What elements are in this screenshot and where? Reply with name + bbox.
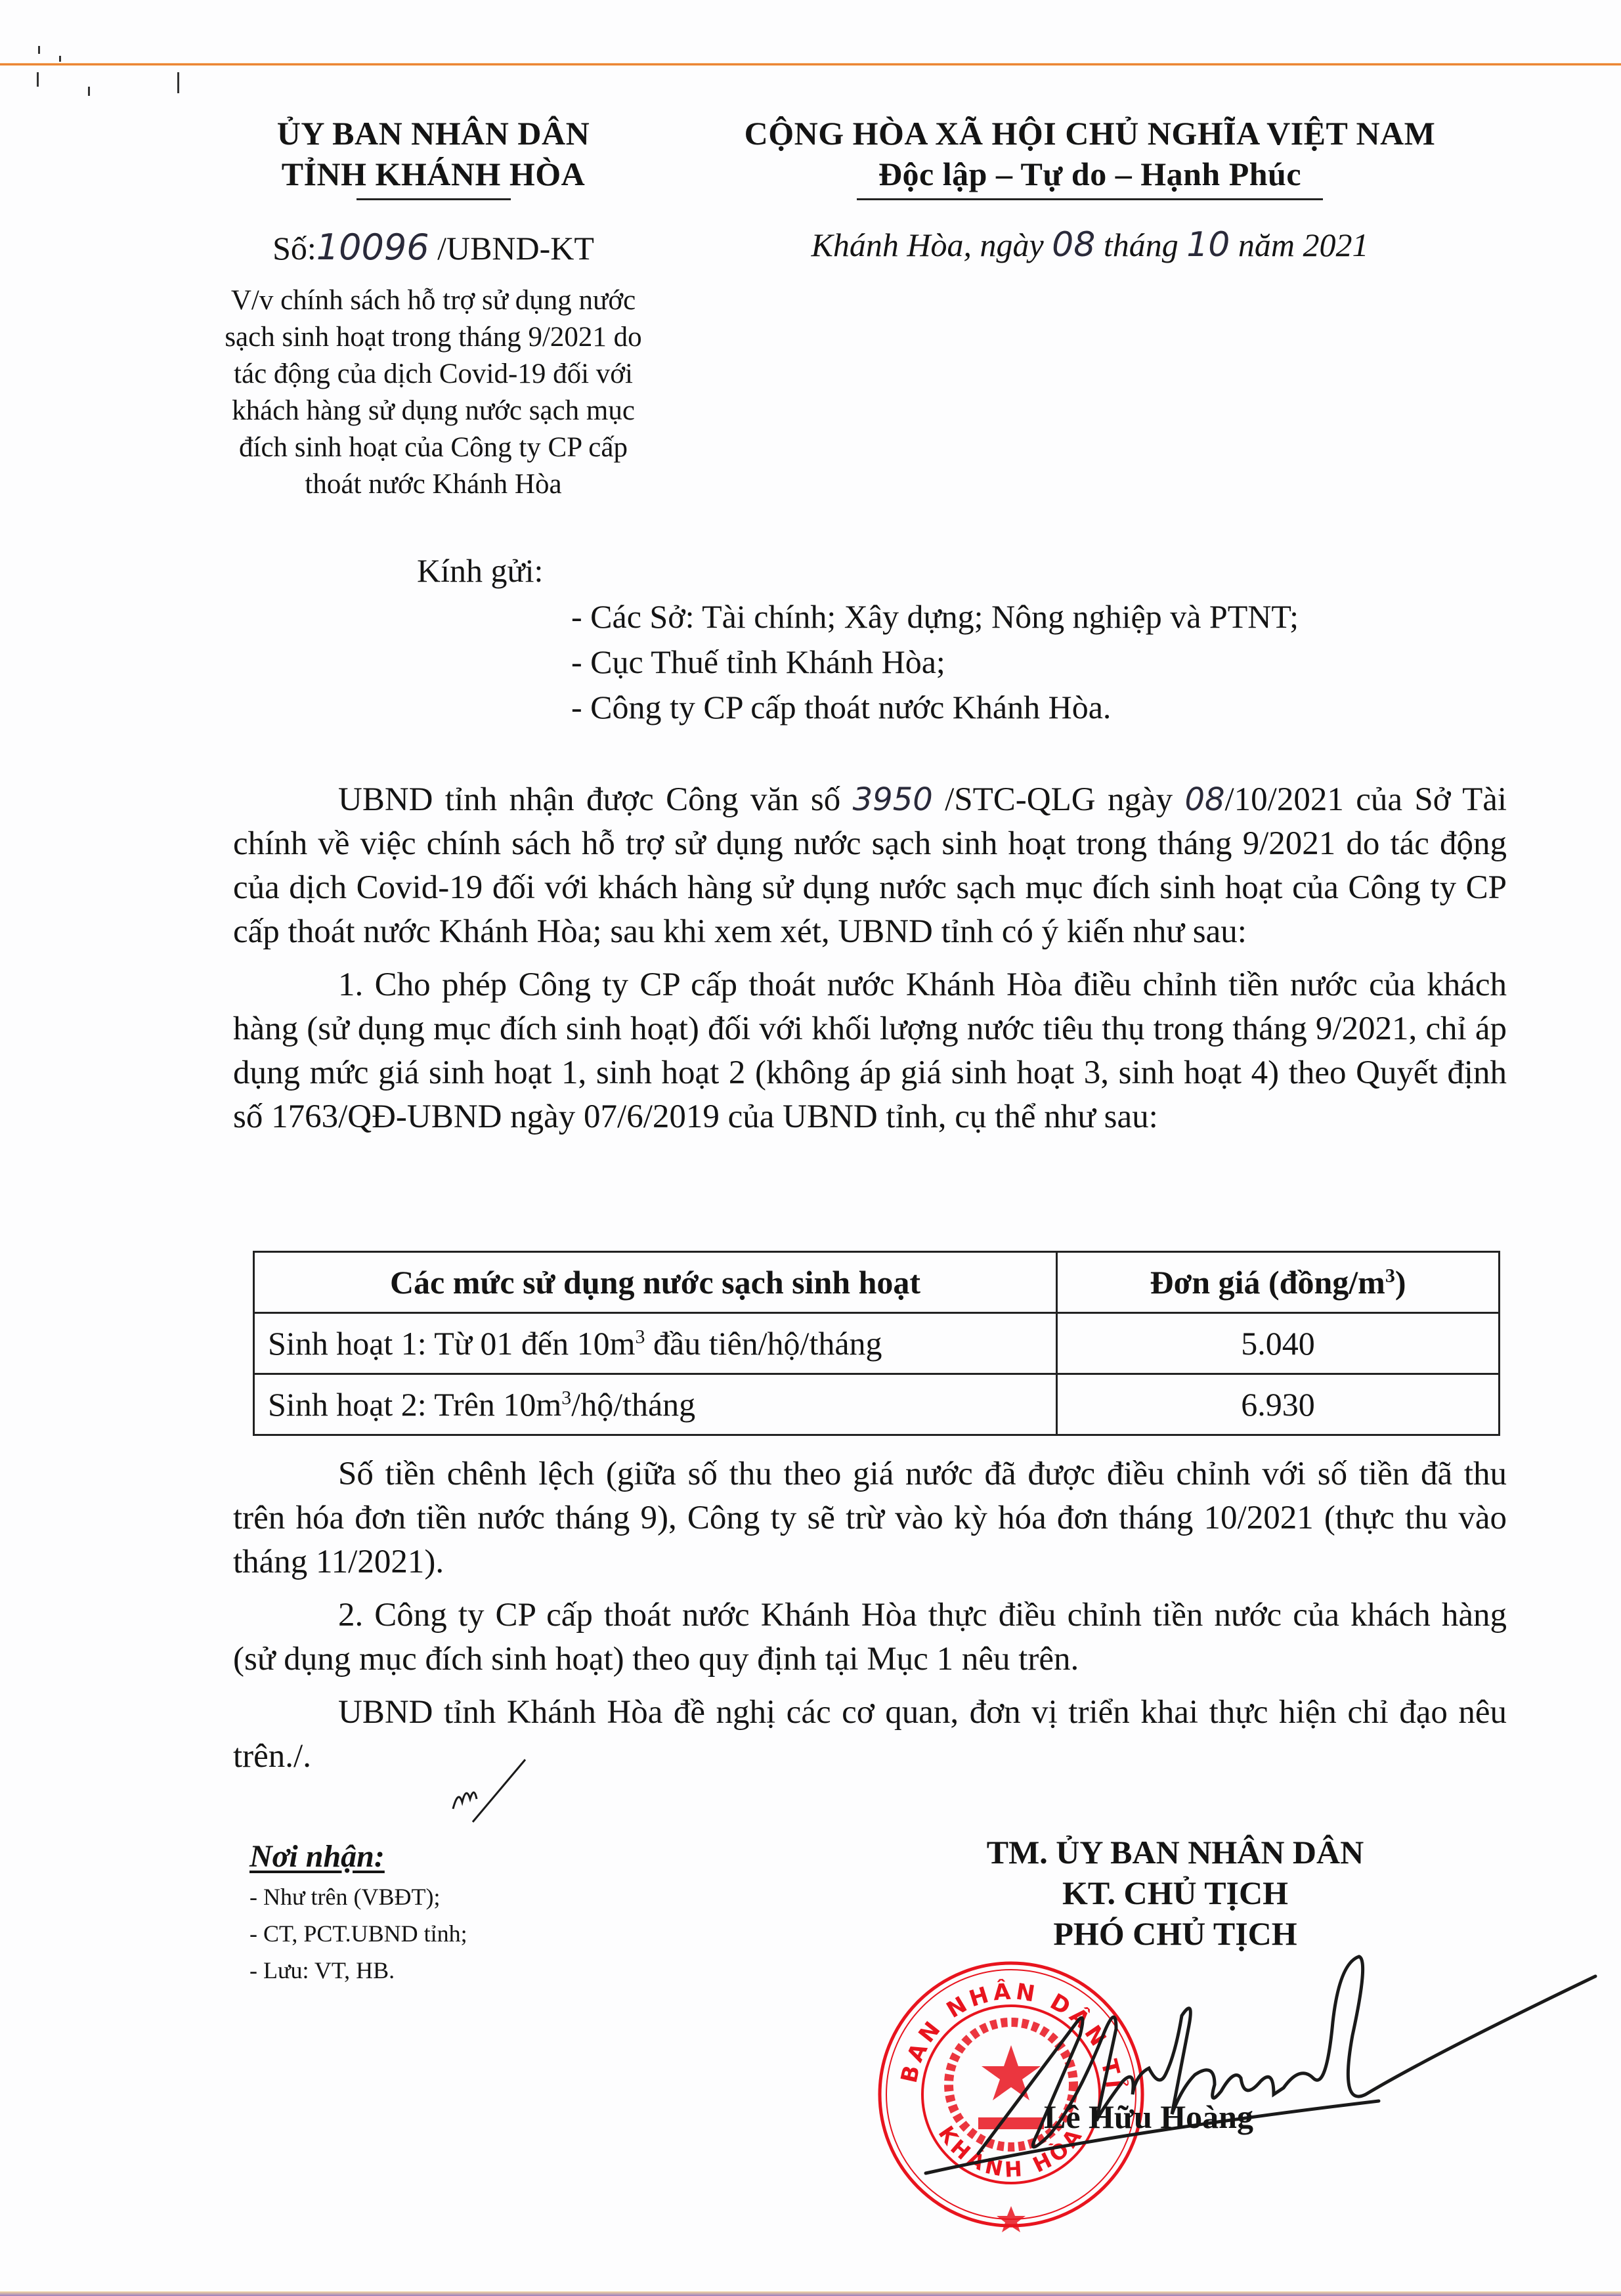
scan-speck bbox=[59, 56, 61, 62]
distribution-item: - Như trên (VBĐT); bbox=[249, 1878, 467, 1915]
date-day-handwritten: 08 bbox=[1052, 225, 1095, 265]
national-title: CỘNG HÒA XÃ HỘI CHỦ NGHĨA VIỆT NAM bbox=[696, 113, 1484, 154]
table-header-row: Các mức sử dụng nước sạch sinh hoạt Đơn … bbox=[254, 1252, 1500, 1313]
scan-edge-bottom bbox=[0, 2291, 1621, 2296]
addressees-label: Kính gửi: bbox=[417, 552, 543, 590]
document-date: Khánh Hòa, ngày 08 tháng 10 năm 2021 bbox=[696, 225, 1484, 265]
initials-mark-icon bbox=[446, 1756, 551, 1829]
body-continuation: Số tiền chênh lệch (giữa số thu theo giá… bbox=[233, 1452, 1507, 1788]
distribution-title: Nơi nhận: bbox=[249, 1838, 467, 1874]
motto-underline bbox=[857, 198, 1323, 200]
reference-day-handwritten: 08 bbox=[1184, 781, 1224, 818]
body-closing: UBND tỉnh Khánh Hòa đề nghị các cơ quan,… bbox=[233, 1691, 1507, 1779]
body-item-2: 2. Công ty CP cấp thoát nước Khánh Hòa t… bbox=[233, 1593, 1507, 1681]
scan-speck bbox=[88, 87, 90, 96]
handwritten-signature-icon bbox=[906, 1937, 1602, 2199]
national-header: CỘNG HÒA XÃ HỘI CHỦ NGHĨA VIỆT NAM Độc l… bbox=[696, 113, 1484, 265]
document-number: Số:10096 /UBND-KT bbox=[217, 227, 650, 268]
addressee-item: - Các Sở: Tài chính; Xây dựng; Nông nghi… bbox=[571, 594, 1299, 639]
scan-speck bbox=[37, 72, 39, 87]
document-number-handwritten: 10096 bbox=[316, 227, 429, 268]
scan-speck bbox=[38, 46, 40, 54]
signer-name: Lê Hữu Hoàng bbox=[1044, 2098, 1253, 2136]
addressee-item: - Công ty CP cấp thoát nước Khánh Hòa. bbox=[571, 685, 1299, 730]
reference-number-handwritten: 3950 bbox=[853, 781, 933, 818]
scan-speck bbox=[177, 72, 179, 93]
difference-note: Số tiền chênh lệch (giữa số thu theo giá… bbox=[233, 1452, 1507, 1584]
signature-title-line1: TM. ỦY BAN NHÂN DÂN bbox=[913, 1832, 1438, 1873]
table-cell-price: 6.930 bbox=[1057, 1374, 1500, 1435]
body-item-1: 1. Cho phép Công ty CP cấp thoát nước Kh… bbox=[233, 963, 1507, 1139]
signature-block: TM. ỦY BAN NHÂN DÂN KT. CHỦ TỊCH PHÓ CHỦ… bbox=[913, 1832, 1438, 1954]
issuer-underline bbox=[357, 198, 511, 200]
distribution-list: Nơi nhận: - Như trên (VBĐT); - CT, PCT.U… bbox=[249, 1838, 467, 1989]
table-cell-level: Sinh hoạt 1: Từ 01 đến 10m3 đầu tiên/hộ/… bbox=[254, 1313, 1057, 1374]
signature-title-line2: KT. CHỦ TỊCH bbox=[913, 1873, 1438, 1913]
distribution-item: - Lưu: VT, HB. bbox=[249, 1952, 467, 1989]
issuer-org-line1: ỦY BAN NHÂN DÂN bbox=[217, 113, 650, 154]
date-month-handwritten: 10 bbox=[1186, 225, 1230, 265]
addressee-item: - Cục Thuế tỉnh Khánh Hòa; bbox=[571, 639, 1299, 685]
scan-edge-top bbox=[0, 63, 1621, 66]
table-row: Sinh hoạt 1: Từ 01 đến 10m3 đầu tiên/hộ/… bbox=[254, 1313, 1500, 1374]
table-header-level: Các mức sử dụng nước sạch sinh hoạt bbox=[254, 1252, 1057, 1313]
issuer-header: ỦY BAN NHÂN DÂN TỈNH KHÁNH HÒA Số:10096 … bbox=[217, 113, 650, 503]
table-cell-level: Sinh hoạt 2: Trên 10m3/hộ/tháng bbox=[254, 1374, 1057, 1435]
distribution-item: - CT, PCT.UBND tỉnh; bbox=[249, 1915, 467, 1952]
body-intro: UBND tỉnh nhận được Công văn số 3950 /ST… bbox=[233, 778, 1507, 1148]
table-cell-price: 5.040 bbox=[1057, 1313, 1500, 1374]
price-table: Các mức sử dụng nước sạch sinh hoạt Đơn … bbox=[253, 1251, 1500, 1436]
national-motto: Độc lập – Tự do – Hạnh Phúc bbox=[696, 154, 1484, 194]
document-subject: V/v chính sách hỗ trợ sử dụng nước sạch … bbox=[217, 282, 650, 503]
table-header-price: Đơn giá (đồng/m3) bbox=[1057, 1252, 1500, 1313]
addressees-list: - Các Sở: Tài chính; Xây dựng; Nông nghi… bbox=[571, 594, 1299, 730]
issuer-org-line2: TỈNH KHÁNH HÒA bbox=[217, 154, 650, 194]
table-row: Sinh hoạt 2: Trên 10m3/hộ/tháng 6.930 bbox=[254, 1374, 1500, 1435]
